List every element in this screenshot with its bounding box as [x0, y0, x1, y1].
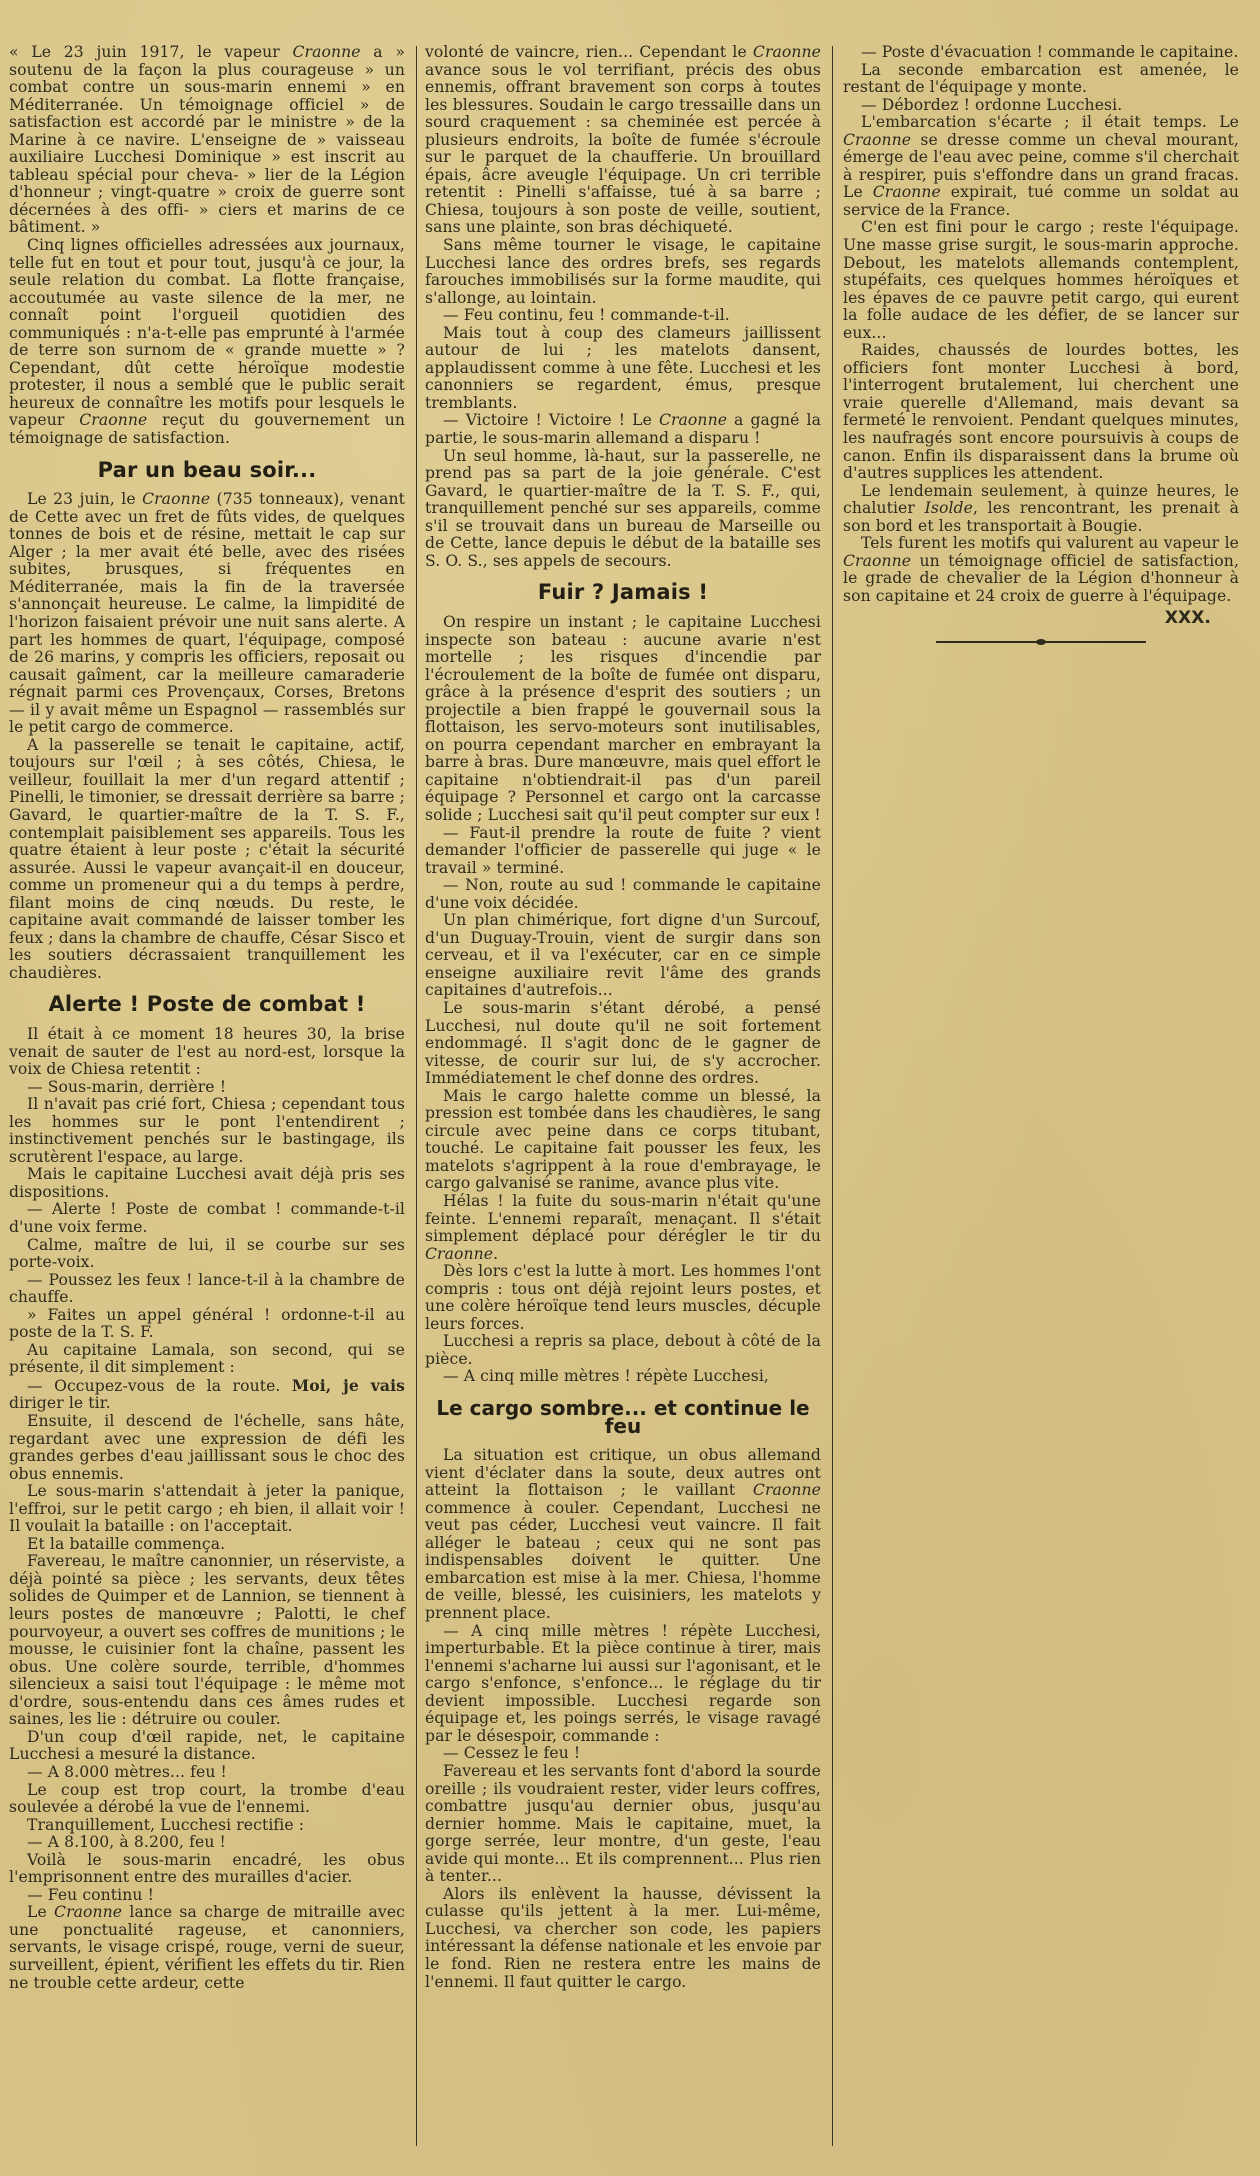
paragraph: Le lendemain seulement, à quinze heures,…: [843, 483, 1239, 536]
paragraph: — Faut-il prendre la route de fuite ? vi…: [425, 825, 821, 878]
section-heading: Alerte ! Poste de combat !: [9, 996, 405, 1014]
paragraph: Alors ils enlèvent la hausse, dévissent …: [425, 1886, 821, 1991]
paragraph: Favereau et les servants font d'abord la…: [425, 1763, 821, 1886]
paragraph: Il était à ce moment 18 heures 30, la br…: [9, 1026, 405, 1079]
paragraph: Le coup est trop court, la trombe d'eau …: [9, 1782, 405, 1817]
paragraph: A la passerelle se tenait le capitaine, …: [9, 737, 405, 983]
column-rule: [416, 46, 417, 2146]
paragraph: Favereau, le maître canonnier, un réserv…: [9, 1553, 405, 1728]
paragraph: Cinq lignes officielles adressées aux jo…: [9, 237, 405, 448]
paragraph: Mais tout à coup des clameurs jaillissen…: [425, 325, 821, 413]
column-rule: [832, 46, 833, 2146]
paragraph: Le sous-marin s'attendait à jeter la pan…: [9, 1483, 405, 1536]
paragraph: Il n'avait pas crié fort, Chiesa ; cepen…: [9, 1096, 405, 1166]
paragraph: Sans même tourner le visage, le capitain…: [425, 237, 821, 307]
paragraph: Calme, maître de lui, il se courbe sur s…: [9, 1237, 405, 1272]
paragraph: Ensuite, il descend de l'échelle, sans h…: [9, 1413, 405, 1483]
paragraph: On respire un instant ; le capitaine Luc…: [425, 614, 821, 825]
paragraph: — Alerte ! Poste de combat ! commande-t-…: [9, 1201, 405, 1236]
paragraph: — A cinq mille mètres ! répète Lucchesi,…: [425, 1623, 821, 1746]
paragraph: — A 8.000 mètres... feu !: [9, 1764, 405, 1782]
paragraph: La seconde embarcation est amenée, le re…: [843, 62, 1239, 97]
article-column-3: — Poste d'évacuation ! commande le capit…: [843, 44, 1239, 643]
paragraph: — Feu continu, feu ! commande-t-il.: [425, 307, 821, 325]
paragraph: Un plan chimérique, fort digne d'un Surc…: [425, 912, 821, 1000]
paragraph: Le sous-marin s'étant dérobé, a pensé Lu…: [425, 1000, 821, 1088]
article-column-2: volonté de vaincre, rien... Cependant le…: [425, 44, 821, 1991]
paragraph: — Non, route au sud ! commande le capita…: [425, 877, 821, 912]
paragraph: — Poussez les feux ! lance-t-il à la cha…: [9, 1272, 405, 1307]
paragraph: — Cessez le feu !: [425, 1745, 821, 1763]
paragraph: Mais le capitaine Lucchesi avait déjà pr…: [9, 1166, 405, 1201]
paragraph: Tels furent les motifs qui valurent au v…: [843, 535, 1239, 605]
paragraph: Tranquillement, Lucchesi rectifie :: [9, 1817, 405, 1835]
paragraph: — A 8.100, à 8.200, feu !: [9, 1834, 405, 1852]
paragraph: » Faites un appel général ! ordonne-t-il…: [9, 1307, 405, 1342]
paragraph: La situation est critique, un obus allem…: [425, 1447, 821, 1622]
paragraph: Dès lors c'est la lutte à mort. Les homm…: [425, 1263, 821, 1333]
paragraph: — Victoire ! Victoire ! Le Craonne a gag…: [425, 412, 821, 447]
paragraph: Mais le cargo halette comme un blessé, l…: [425, 1088, 821, 1193]
section-heading: Le cargo sombre... et continue le feu: [425, 1400, 821, 1435]
paragraph: L'embarcation s'écarte ; il était temps.…: [843, 114, 1239, 219]
section-heading: Fuir ? Jamais !: [425, 584, 821, 602]
newspaper-page: « Le 23 juin 1917, le vapeur Craonne a »…: [0, 0, 1260, 2176]
paragraph: C'en est fini pour le cargo ; reste l'éq…: [843, 219, 1239, 342]
paragraph: Le Craonne lance sa charge de mitraille …: [9, 1904, 405, 1992]
paragraph: Un seul homme, là-haut, sur la passerell…: [425, 448, 821, 571]
column-3-body: — Poste d'évacuation ! commande le capit…: [843, 44, 1239, 606]
paragraph: — Débordez ! ordonne Lucchesi.: [843, 97, 1239, 115]
paragraph: — A cinq mille mètres ! répète Lucchesi,: [425, 1368, 821, 1386]
paragraph: — Feu continu !: [9, 1887, 405, 1905]
paragraph: — Poste d'évacuation ! commande le capit…: [843, 44, 1239, 62]
author-signature: XXX.: [843, 610, 1239, 628]
paragraph: Au capitaine Lamala, son second, qui se …: [9, 1342, 405, 1377]
paragraph: volonté de vaincre, rien... Cependant le…: [425, 44, 821, 237]
paragraph: Le 23 juin, le Craonne (735 tonneaux), v…: [9, 491, 405, 737]
paragraph: Lucchesi a repris sa place, debout à côt…: [425, 1333, 821, 1368]
end-ornament-rule: [936, 641, 1146, 643]
paragraph: Et la bataille commença.: [9, 1536, 405, 1554]
official-citation: « Le 23 juin 1917, le vapeur Craonne a »…: [9, 44, 405, 237]
paragraph: Raides, chaussés de lourdes bottes, les …: [843, 342, 1239, 482]
article-column-1: « Le 23 juin 1917, le vapeur Craonne a »…: [9, 44, 405, 1992]
paragraph: — Sous-marin, derrière !: [9, 1079, 405, 1097]
paragraph: D'un coup d'œil rapide, net, le capitain…: [9, 1729, 405, 1764]
paragraph: Hélas ! la fuite du sous-marin n'était q…: [425, 1193, 821, 1263]
paragraph: Voilà le sous-marin encadré, les obus l'…: [9, 1852, 405, 1887]
paragraph: — Occupez-vous de la route. Moi, je vais…: [9, 1377, 405, 1413]
section-heading: Par un beau soir...: [9, 462, 405, 480]
